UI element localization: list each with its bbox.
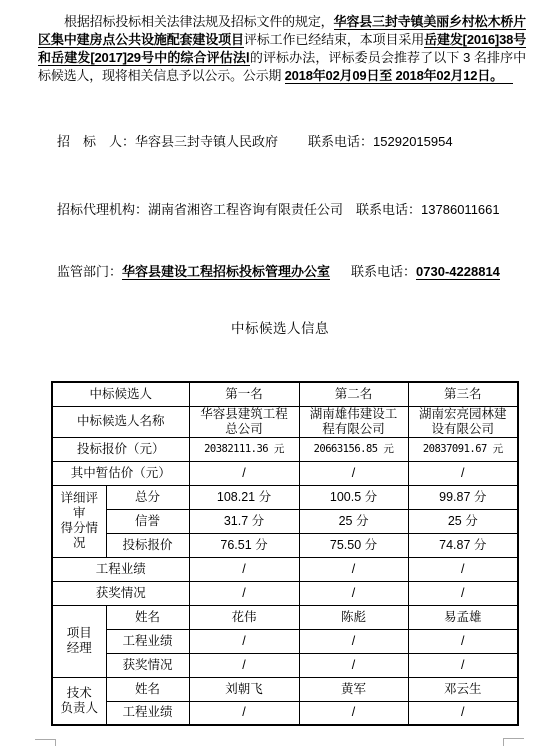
pm-name-label: 姓名 xyxy=(106,605,189,629)
score-credit-row: 信誉 31.7 分 25 分 25 分 xyxy=(52,509,518,533)
candidate-3-pm-awards: / xyxy=(408,653,518,677)
header-rank-1: 第一名 xyxy=(189,382,299,406)
agency-label: 招标代理机构： xyxy=(57,202,148,217)
performance-row-label: 工程业绩 xyxy=(52,557,189,581)
regulator-value: 华容县建设工程招标投标管理办公室 xyxy=(122,264,330,280)
performance-row: 工程业绩 / / / xyxy=(52,557,518,581)
pm-performance-label: 工程业绩 xyxy=(106,629,189,653)
name-row-label: 中标候选人名称 xyxy=(52,406,189,437)
candidate-1-tech-performance: / xyxy=(189,701,299,725)
candidate-2-awards: / xyxy=(299,581,408,605)
tenderer-label: 招 标 人： xyxy=(57,134,135,149)
tech-name-label: 姓名 xyxy=(106,677,189,701)
candidate-3-name: 湖南宏亮园林建 设有限公司 xyxy=(408,406,518,437)
candidate-2-name: 湖南雄伟建设工 程有限公司 xyxy=(299,406,408,437)
candidate-1-awards: / xyxy=(189,581,299,605)
page-margin-mark-left xyxy=(35,739,56,746)
score-total-row: 详细评审 得分情况 总分 108.21 分 100.5 分 99.87 分 xyxy=(52,485,518,509)
candidate-3-price: 20837091.67 元 xyxy=(408,437,518,461)
price-row: 投标报价（元） 20382111.36 元 20663156.85 元 2083… xyxy=(52,437,518,461)
pm-performance-row: 工程业绩 / / / xyxy=(52,629,518,653)
intro-text-1: 根据招标投标相关法律法规及招标文件的规定， xyxy=(64,14,334,29)
score-credit-label: 信誉 xyxy=(106,509,189,533)
pm-group-label: 项目 经理 xyxy=(52,605,106,677)
candidate-1-pm-awards: / xyxy=(189,653,299,677)
regulator-phone: 0730-4228814 xyxy=(416,264,500,280)
candidate-1-performance: / xyxy=(189,557,299,581)
candidate-3-awards: / xyxy=(408,581,518,605)
candidate-1-estimate: / xyxy=(189,461,299,485)
tech-performance-row: 工程业绩 / / / xyxy=(52,701,518,725)
regulator-phone-label: 联系电话： xyxy=(351,264,416,279)
candidate-2-pm-name: 陈彪 xyxy=(299,605,408,629)
candidate-2-score-credit: 25 分 xyxy=(299,509,408,533)
score-total-label: 总分 xyxy=(106,485,189,509)
candidates-table: 中标候选人 第一名 第二名 第三名 中标候选人名称 华容县建筑工程 总公司 湖南… xyxy=(51,381,519,726)
candidate-3-performance: / xyxy=(408,557,518,581)
candidate-1-score-price: 76.51 分 xyxy=(189,533,299,557)
candidate-2-score-total: 100.5 分 xyxy=(299,485,408,509)
tenderer-value: 华容县三封寺镇人民政府 xyxy=(135,134,278,149)
candidate-2-tech-name: 黄军 xyxy=(299,677,408,701)
candidate-1-pm-name: 花伟 xyxy=(189,605,299,629)
table-title: 中标候选人信息 xyxy=(0,317,560,337)
tech-performance-label: 工程业绩 xyxy=(106,701,189,725)
candidate-3-pm-performance: / xyxy=(408,629,518,653)
candidate-2-score-price: 75.50 分 xyxy=(299,533,408,557)
candidate-2-pm-awards: / xyxy=(299,653,408,677)
candidate-1-score-credit: 31.7 分 xyxy=(189,509,299,533)
publicity-period: 2018年02月09日至 2018年02月12日。 xyxy=(285,68,513,84)
name-row: 中标候选人名称 华容县建筑工程 总公司 湖南雄伟建设工 程有限公司 湖南宏亮园林… xyxy=(52,406,518,437)
candidate-1-price: 20382111.36 元 xyxy=(189,437,299,461)
tenderer-phone-label: 联系电话： xyxy=(308,134,373,149)
candidate-3-estimate: / xyxy=(408,461,518,485)
score-price-label: 投标报价 xyxy=(106,533,189,557)
intro-paragraph: 根据招标投标相关法律法规及招标文件的规定，华容县三封寺镇美丽乡村松木桥片区集中建… xyxy=(38,13,526,85)
pm-awards-row: 获奖情况 / / / xyxy=(52,653,518,677)
candidate-2-pm-performance: / xyxy=(299,629,408,653)
candidates-table-wrapper: 中标候选人 第一名 第二名 第三名 中标候选人名称 华容县建筑工程 总公司 湖南… xyxy=(51,381,519,726)
regulator-line: 监管部门：华容县建设工程招标投标管理办公室联系电话：0730-4228814 xyxy=(57,261,500,280)
score-price-row: 投标报价 76.51 分 75.50 分 74.87 分 xyxy=(52,533,518,557)
header-candidate: 中标候选人 xyxy=(52,382,189,406)
candidate-3-tech-performance: / xyxy=(408,701,518,725)
pm-name-row: 项目 经理 姓名 花伟 陈彪 易孟雄 xyxy=(52,605,518,629)
candidate-2-estimate: / xyxy=(299,461,408,485)
intro-text-2: 评标工作已经结束，本项目采用 xyxy=(244,32,424,47)
estimate-row: 其中暂估价（元） / / / xyxy=(52,461,518,485)
estimate-row-label: 其中暂估价（元） xyxy=(52,461,189,485)
candidate-1-score-total: 108.21 分 xyxy=(189,485,299,509)
candidate-2-tech-performance: / xyxy=(299,701,408,725)
tech-group-label: 技术 负责人 xyxy=(52,677,106,725)
page-margin-mark-right xyxy=(503,738,524,746)
tenderer-line: 招 标 人：华容县三封寺镇人民政府联系电话：15292015954 xyxy=(57,131,453,150)
agency-value: 湖南省湘咨工程咨询有限责任公司 xyxy=(148,202,343,217)
candidate-3-tech-name: 邓云生 xyxy=(408,677,518,701)
tech-name-row: 技术 负责人 姓名 刘朝飞 黄军 邓云生 xyxy=(52,677,518,701)
candidate-1-pm-performance: / xyxy=(189,629,299,653)
awards-row: 获奖情况 / / / xyxy=(52,581,518,605)
candidate-1-tech-name: 刘朝飞 xyxy=(189,677,299,701)
header-rank-2: 第二名 xyxy=(299,382,408,406)
agency-phone-label: 联系电话： xyxy=(356,202,421,217)
header-rank-3: 第三名 xyxy=(408,382,518,406)
price-row-label: 投标报价（元） xyxy=(52,437,189,461)
pm-awards-label: 获奖情况 xyxy=(106,653,189,677)
agency-phone: 13786011661 xyxy=(421,202,500,217)
awards-row-label: 获奖情况 xyxy=(52,581,189,605)
candidate-1-name: 华容县建筑工程 总公司 xyxy=(189,406,299,437)
tenderer-phone: 15292015954 xyxy=(373,134,453,149)
candidate-3-pm-name: 易孟雄 xyxy=(408,605,518,629)
candidate-3-score-credit: 25 分 xyxy=(408,509,518,533)
candidate-3-score-total: 99.87 分 xyxy=(408,485,518,509)
candidate-3-score-price: 74.87 分 xyxy=(408,533,518,557)
candidate-2-performance: / xyxy=(299,557,408,581)
regulator-label: 监管部门： xyxy=(57,264,122,279)
candidate-2-price: 20663156.85 元 xyxy=(299,437,408,461)
agency-line: 招标代理机构：湖南省湘咨工程咨询有限责任公司联系电话：13786011661 xyxy=(57,199,500,218)
score-group-label: 详细评审 得分情况 xyxy=(52,485,106,557)
header-row: 中标候选人 第一名 第二名 第三名 xyxy=(52,382,518,406)
